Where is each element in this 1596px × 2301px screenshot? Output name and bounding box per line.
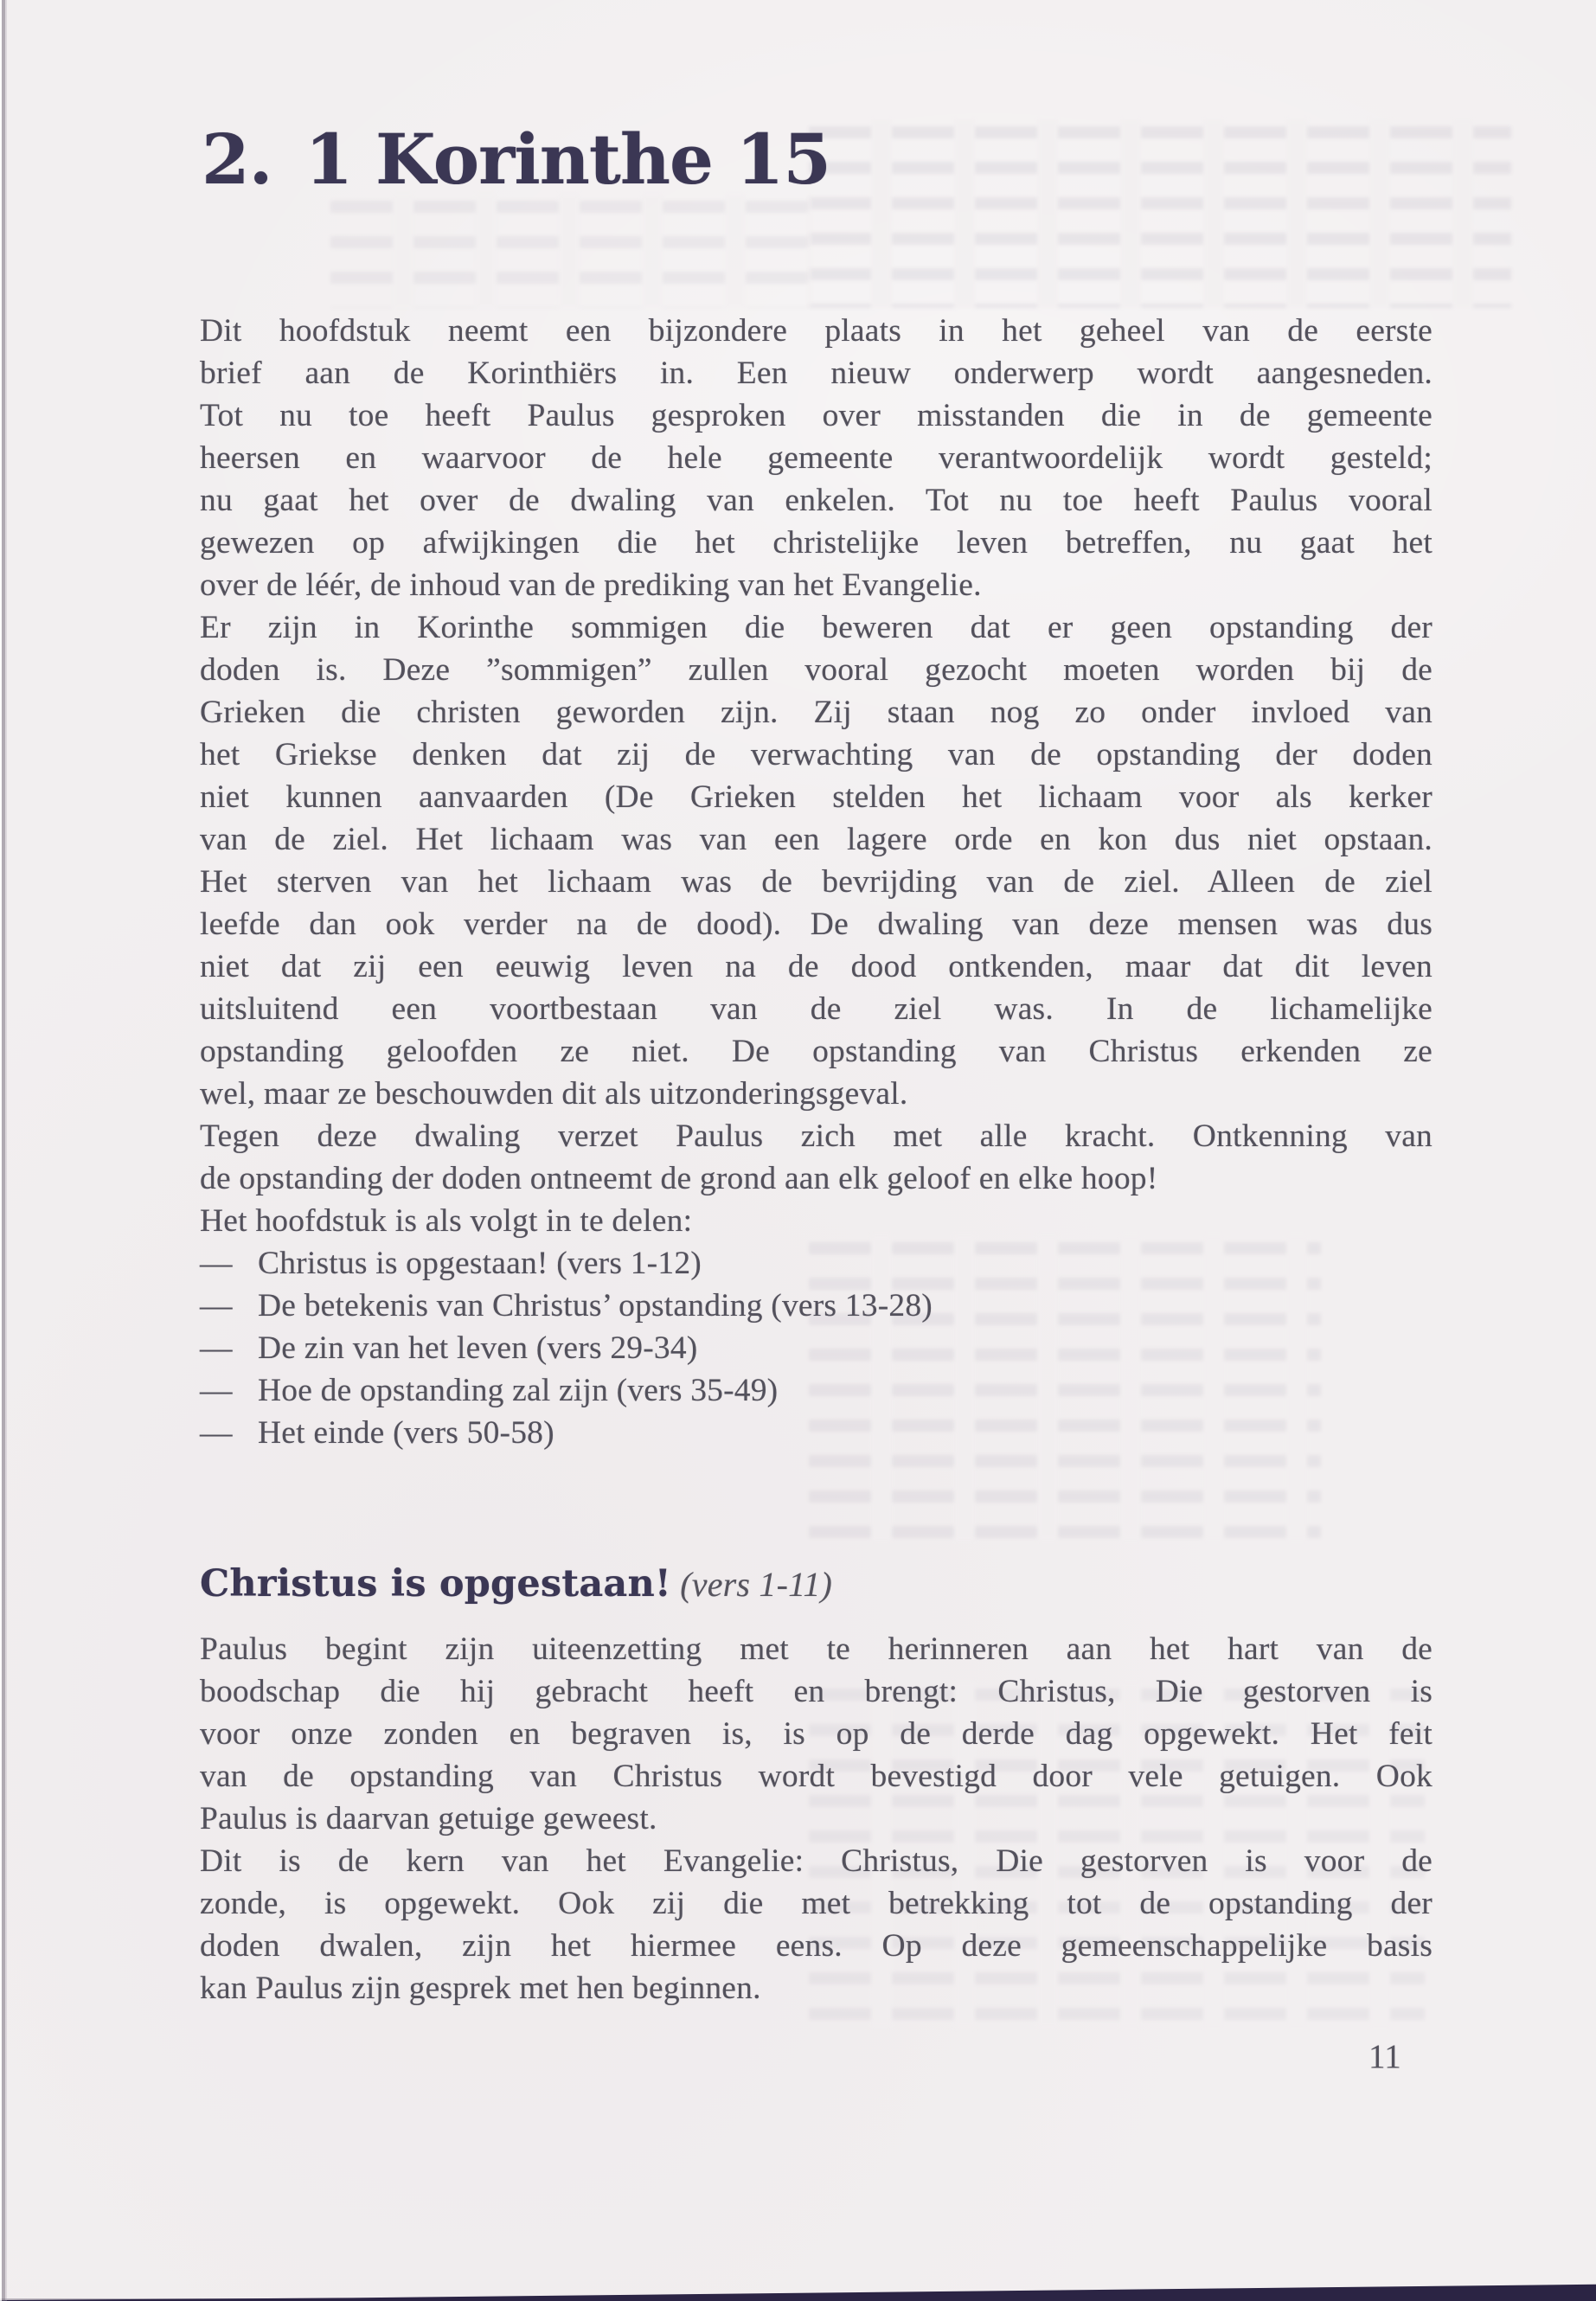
text-line: brief aan de Korinthiërs in. Een nieuw o… [200, 352, 1433, 394]
paragraph: Het hoofdstuk is als volgt in te delen: [200, 1200, 1433, 1242]
outline-item: —Het einde (vers 50-58) [200, 1412, 1433, 1454]
outline-item-text: Hoe de opstanding zal zijn (vers 35-49) [258, 1369, 1433, 1412]
text-line: Er zijn in Korinthe sommigen die beweren… [200, 606, 1433, 649]
outline-item: —Hoe de opstanding zal zijn (vers 35-49) [200, 1369, 1433, 1412]
paragraph: Tegen deze dwaling verzet Paulus zich me… [200, 1115, 1433, 1200]
text-line: Paulus begint zijn uiteenzetting met te … [200, 1628, 1433, 1670]
text-line: van de opstanding van Christus wordt bev… [200, 1755, 1433, 1798]
text-line: kan Paulus zijn gesprek met hen beginnen… [200, 1967, 1433, 2009]
text-line: doden dwalen, zijn het hiermee eens. Op … [200, 1925, 1433, 1967]
text-line: leefde dan ook verder na de dood). De dw… [200, 903, 1433, 945]
section-heading-verse-ref: (vers 1-11) [671, 1565, 832, 1604]
outline-dash: — [200, 1242, 258, 1285]
text-line: wel, maar ze beschouwden dit als uitzond… [200, 1073, 1433, 1115]
text-line: Dit is de kern van het Evangelie: Christ… [200, 1840, 1433, 1882]
paragraph: Dit hoofdstuk neemt een bijzondere plaat… [200, 310, 1433, 606]
text-line: van de ziel. Het lichaam was van een lag… [200, 818, 1433, 861]
outline-item: —De betekenis van Christus’ opstanding (… [200, 1285, 1433, 1327]
section-heading: Christus is opgestaan! (vers 1-11) [200, 1560, 1433, 1609]
outline-item-text: Het einde (vers 50-58) [258, 1412, 1433, 1454]
paragraph: Dit is de kern van het Evangelie: Christ… [200, 1840, 1433, 2009]
outline-dash: — [200, 1327, 258, 1369]
outline-dash: — [200, 1369, 258, 1412]
text-line: Het hoofdstuk is als volgt in te delen: [200, 1200, 1433, 1242]
text-line: zonde, is opgewekt. Ook zij die met betr… [200, 1882, 1433, 1925]
chapter-outline-list: —Christus is opgestaan! (vers 1-12)—De b… [200, 1242, 1433, 1454]
outline-item: —De zin van het leven (vers 29-34) [200, 1327, 1433, 1369]
outline-item: —Christus is opgestaan! (vers 1-12) [200, 1242, 1433, 1285]
text-line: nu gaat het over de dwaling van enkelen.… [200, 479, 1433, 522]
chapter-number: 2. [202, 119, 272, 200]
outline-dash: — [200, 1412, 258, 1454]
section-body: Paulus begint zijn uiteenzetting met te … [200, 1628, 1433, 2009]
text-line: de opstanding der doden ontneemt de gron… [200, 1157, 1433, 1200]
text-column: Dit hoofdstuk neemt een bijzondere plaat… [200, 310, 1433, 2078]
page-binding-edge [0, 0, 9, 2301]
text-line: Tegen deze dwaling verzet Paulus zich me… [200, 1115, 1433, 1157]
outline-item-text: De betekenis van Christus’ opstanding (v… [258, 1285, 1433, 1327]
outline-dash: — [200, 1285, 258, 1327]
text-line: boodschap die hij gebracht heeft en bren… [200, 1670, 1433, 1713]
text-line: opstanding geloofden ze niet. De opstand… [200, 1030, 1433, 1073]
outline-item-text: De zin van het leven (vers 29-34) [258, 1327, 1433, 1369]
chapter-title: 2.1 Korinthe 15 [202, 119, 830, 199]
paragraph: Paulus begint zijn uiteenzetting met te … [200, 1628, 1433, 1840]
page-number: 11 [200, 2035, 1433, 2078]
text-line: Grieken die christen geworden zijn. Zij … [200, 691, 1433, 734]
chapter-title-text: 1 Korinthe 15 [305, 119, 831, 200]
paragraph: Er zijn in Korinthe sommigen die beweren… [200, 606, 1433, 1115]
text-line: doden is. Deze ”sommigen” zullen vooral … [200, 649, 1433, 691]
bleedthrough-text-top-right [809, 119, 1511, 308]
text-line: voor onze zonden en begraven is, is op d… [200, 1713, 1433, 1755]
scanned-book-page: 2.1 Korinthe 15 Dit hoofdstuk neemt een … [0, 0, 1596, 2301]
text-line: niet dat zij een eeuwig leven na de dood… [200, 945, 1433, 988]
text-line: Paulus is daarvan getuige geweest. [200, 1798, 1433, 1840]
intro-section: Dit hoofdstuk neemt een bijzondere plaat… [200, 310, 1433, 1242]
text-line: Tot nu toe heeft Paulus gesproken over m… [200, 394, 1433, 437]
section-heading-bold: Christus is opgestaan! [200, 1562, 671, 1606]
text-line: over de léér, de inhoud van de prediking… [200, 564, 1433, 606]
text-line: het Griekse denken dat zij de verwachtin… [200, 734, 1433, 776]
text-line: Dit hoofdstuk neemt een bijzondere plaat… [200, 310, 1433, 352]
text-line: niet kunnen aanvaarden (De Grieken steld… [200, 776, 1433, 818]
text-line: Het sterven van het lichaam was de bevri… [200, 861, 1433, 903]
outline-item-text: Christus is opgestaan! (vers 1-12) [258, 1242, 1433, 1285]
text-line: heersen en waarvoor de hele gemeente ver… [200, 437, 1433, 479]
bleedthrough-text-below-title [330, 194, 811, 308]
text-line: uitsluitend een voortbestaan van de ziel… [200, 988, 1433, 1030]
text-line: gewezen op afwijkingen die het christeli… [200, 522, 1433, 564]
